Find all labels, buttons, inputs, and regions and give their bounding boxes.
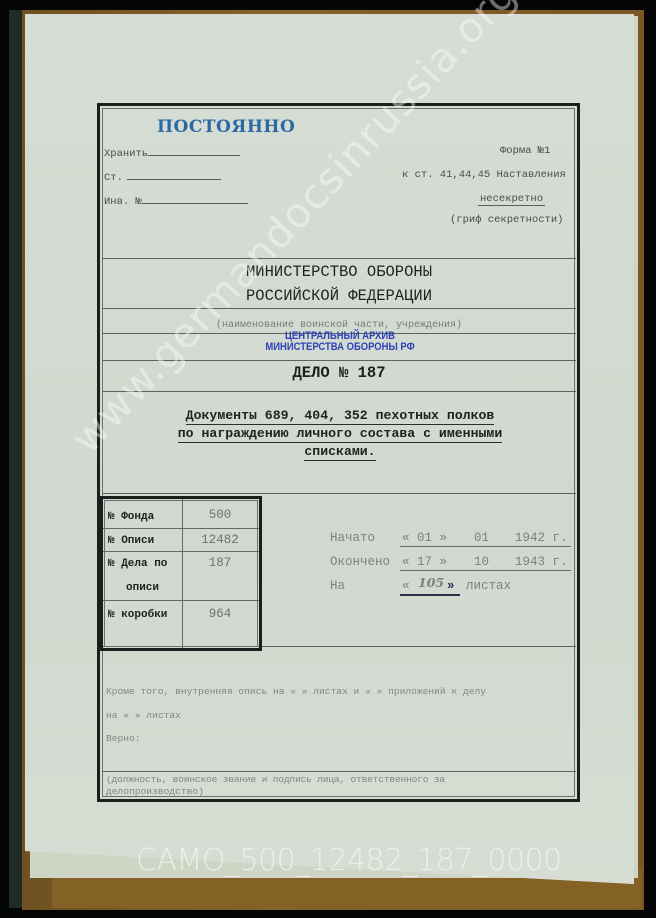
internal-inventory-note: Кроме того, внутренняя опись на « » лист… [106, 686, 486, 697]
end-label: Окончено [330, 555, 390, 569]
inventory-field: Инв. № [104, 193, 248, 208]
ministry-line-1: МИНИСТЕРСТВО ОБОРОНЫ [102, 263, 576, 281]
divider [102, 771, 576, 772]
store-blank [148, 145, 240, 156]
archive-stamp-line-2: МИНИСТЕРСТВА ОБОРОНЫ РФ [245, 342, 434, 353]
sheets-label: На [330, 579, 345, 593]
sheets-close-quote: » [447, 579, 455, 593]
regulation-reference: к ст. 41,44,45 Наставления [402, 169, 566, 181]
inventory-label: Инв. № [104, 196, 142, 208]
inventory-blank [142, 193, 248, 204]
delo-value: 187 [185, 556, 255, 570]
start-label: Начато [330, 531, 375, 545]
end-year: 1943 г. [515, 555, 568, 569]
verified-label: Верно: [106, 733, 141, 744]
fond-label: № Фонда [108, 511, 154, 523]
archive-stamp: ЦЕНТРАЛЬНЫЙ АРХИВ МИНИСТЕРСТВА ОБОРОНЫ Р… [245, 331, 434, 353]
start-month: 01 [474, 531, 489, 545]
divider [102, 258, 576, 259]
case-title-line-3: списками. [140, 444, 540, 459]
opis-value: 12482 [185, 533, 255, 547]
start-day: « 01 » [402, 531, 447, 545]
sheets-open-quote: « [402, 579, 410, 593]
store-field: Хранить [104, 145, 240, 160]
article-blank [127, 169, 221, 180]
store-label: Хранить [104, 148, 148, 160]
ministry-line-2: РОССИЙСКОЙ ФЕДЕРАЦИИ [102, 287, 576, 305]
start-year: 1942 г. [515, 531, 568, 545]
case-title-line-1: Документы 689, 404, 352 пехотных полков [140, 408, 540, 423]
signature-caption-2: делопроизводство) [106, 786, 204, 797]
permanent-storage-stamp: ПОСТОЯННО [157, 117, 295, 137]
secrecy-caption: (гриф секретности) [450, 214, 563, 226]
sheets-unit: листах [466, 579, 511, 593]
secrecy-value: несекретно [478, 193, 545, 206]
article-field: Ст. [104, 169, 221, 184]
image-filename-caption: CAMO_500_12482_187_0000 [136, 843, 562, 878]
end-month: 10 [474, 555, 489, 569]
opis-label: № Описи [108, 535, 154, 547]
delo-label: № Дела по [108, 558, 167, 570]
divider [102, 391, 576, 392]
article-label: Ст. [104, 172, 123, 184]
form-number: Форма №1 [500, 145, 550, 157]
divider [102, 493, 576, 494]
box-value: 964 [185, 607, 255, 621]
case-title-line-2: по награждению личного состава с именным… [130, 426, 550, 441]
register-table: № Фонда 500 № Описи 12482 № Дела по опис… [100, 496, 262, 651]
fond-value: 500 [185, 508, 255, 522]
sheets-count-handwritten: 105 [418, 575, 444, 590]
end-day: « 17 » [402, 555, 447, 569]
delo-label-2: описи [126, 582, 159, 594]
box-label: № коробки [108, 609, 167, 621]
signature-caption-1: (должность, воинское звание и подпись ли… [106, 774, 445, 785]
additional-sheets-note: на « » листах [106, 710, 181, 721]
